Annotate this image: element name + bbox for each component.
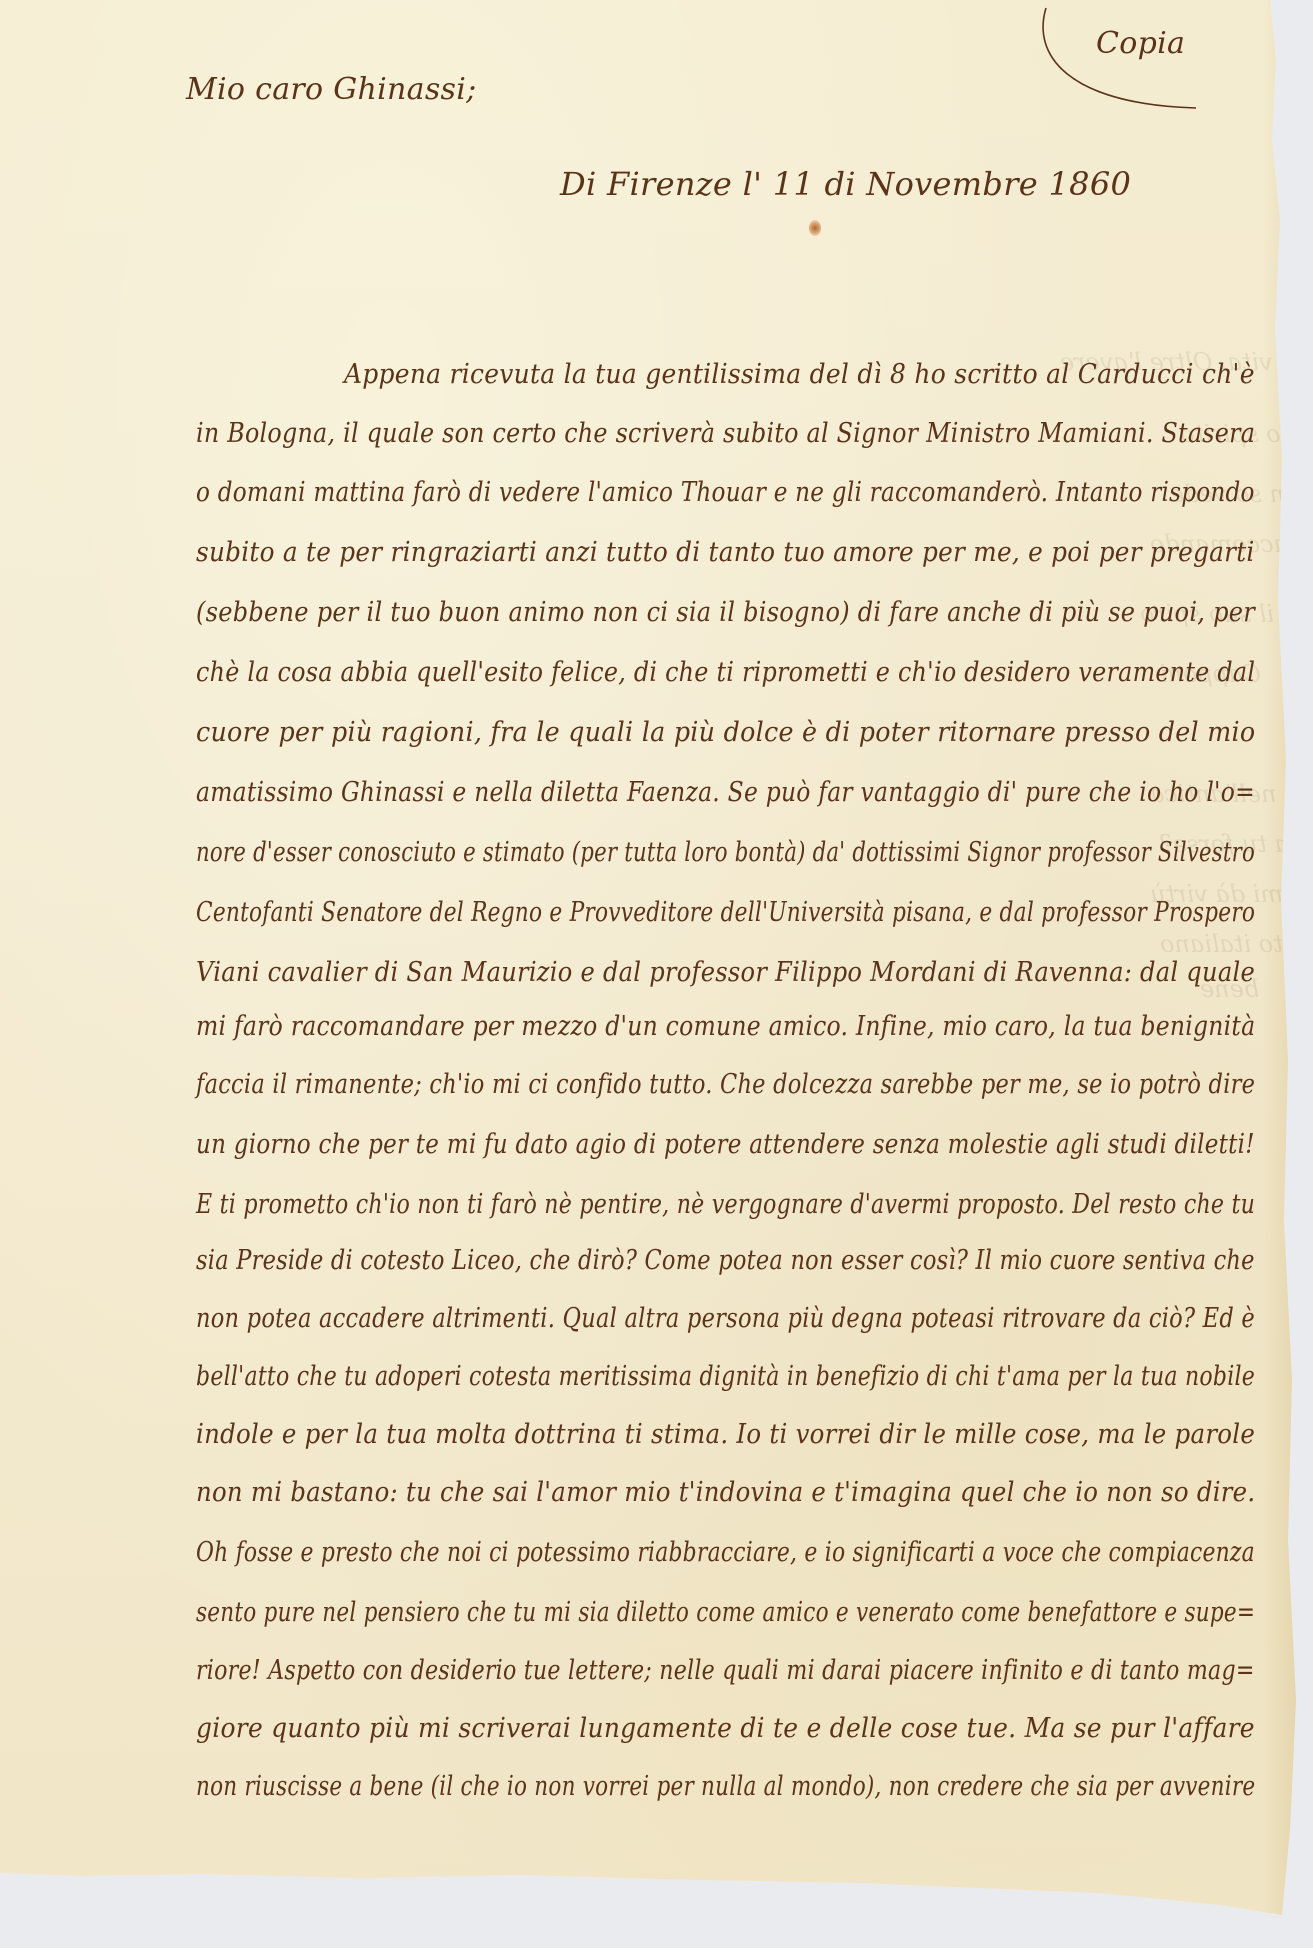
dateline: Di Firenze l' 11 di Novembre 1860 (560, 165, 1131, 203)
letter-line: E ti prometto ch'io non ti farò nè penti… (196, 1188, 1255, 1220)
letter-line: non mi bastano: tu che sai l'amor mio t'… (196, 1476, 1255, 1508)
letter-line: un giorno che per te mi fu dato agio di … (196, 1128, 1255, 1160)
letter-line: o domani mattina farò di vedere l'amico … (196, 476, 1255, 508)
letter-line: subito a te per ringraziarti anzi tutto … (196, 536, 1255, 568)
letter-line: riore! Aspetto con desiderio tue lettere… (196, 1654, 1255, 1686)
copia-label: Copia (1096, 26, 1185, 61)
letter-line: bell'atto che tu adoperi cotesta meritis… (196, 1360, 1255, 1392)
letter-line: nore d'esser conosciuto e stimato (per t… (196, 836, 1255, 868)
paper-edge-discoloration (1262, 0, 1302, 1948)
letter-line: mi farò raccomandare per mezzo d'un comu… (196, 1010, 1255, 1042)
letter-paper: la vita. Oltre l'avere uno spirito se no… (0, 0, 1302, 1948)
letter-line: (sebbene per il tuo buon animo non ci si… (196, 596, 1255, 628)
letter-line: in Bologna, il quale son certo che scriv… (196, 417, 1255, 449)
letter-line: amatissimo Ghinassi e nella diletta Faen… (196, 776, 1255, 808)
letter-line: chè la cosa abbia quell'esito felice, di… (196, 656, 1255, 688)
letter-line: non riuscisse a bene (il che io non vorr… (196, 1770, 1255, 1802)
bleed-fragment: tutto italiano (1160, 930, 1313, 958)
letter-line: faccia il rimanente; ch'io mi ci confido… (196, 1068, 1255, 1100)
ink-stain (809, 220, 821, 236)
letter-line: Oh fosse e presto che noi ci potessimo r… (196, 1536, 1255, 1568)
salutation: Mio caro Ghinassi; (186, 72, 477, 107)
letter-line: non potea accadere altrimenti. Qual altr… (196, 1302, 1255, 1334)
letter-line: Centofanti Senatore del Regno e Provvedi… (196, 896, 1255, 928)
letter-line: cuore per più ragioni, fra le quali la p… (196, 716, 1255, 748)
letter-line: giore quanto più mi scriverai lungamente… (196, 1712, 1255, 1744)
letter-line: sia Preside di cotesto Liceo, che dirò? … (196, 1244, 1255, 1276)
letter-line: indole e per la tua molta dottrina ti st… (196, 1418, 1255, 1450)
letter-line: sento pure nel pensiero che tu mi sia di… (196, 1596, 1255, 1628)
copia-annotation: Copia (1036, 4, 1206, 114)
letter-line: Appena ricevuta la tua gentilissima del … (344, 358, 1255, 390)
letter-line: Viani cavalier di San Maurizio e dal pro… (196, 956, 1255, 988)
